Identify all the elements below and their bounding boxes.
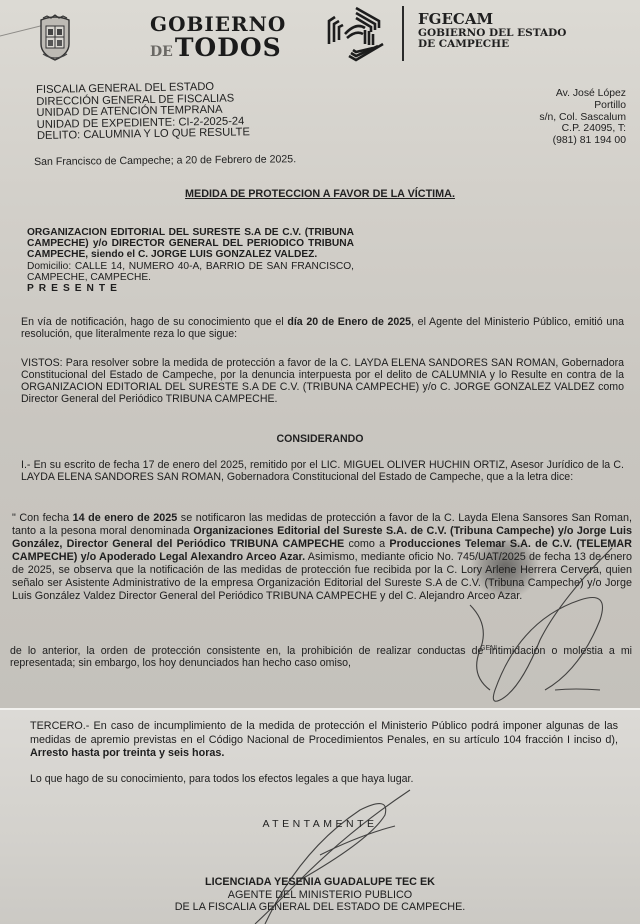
- notification-paragraph: En vía de notificación, hago de su conoc…: [21, 317, 624, 341]
- presente-label: PRESENTE: [27, 283, 354, 294]
- gobierno-de-todos-logo: GOBIERNO DETODOS: [150, 14, 286, 60]
- recipient-block: ORGANIZACION EDITORIAL DEL SURESTE S.A D…: [27, 227, 354, 294]
- office-address: Av. José López Portillo s/n, Col. Sascal…: [539, 88, 626, 147]
- tercero-paragraph: TERCERO.- En caso de incumplimiento de l…: [30, 720, 618, 761]
- document-date: San Francisco de Campeche; a 20 de Febre…: [34, 153, 296, 168]
- fgecam-hexagon-icon: [325, 4, 387, 66]
- address-line: Portillo: [539, 100, 626, 112]
- phone-number: (981) 81 194 00: [539, 135, 626, 147]
- address-line: Av. José López: [539, 88, 626, 100]
- document-page-top: GOBIERNO DETODOS FGECAM GOBIERNO DEL EST…: [0, 0, 640, 708]
- signer-block: LICENCIADA YESENIA GUADALUPE TEC EK AGEN…: [0, 876, 640, 914]
- considerando-i-paragraph: I.- En su escrito de fecha 17 de enero d…: [21, 460, 624, 484]
- closing-paragraph: Lo que hago de su conocimiento, para tod…: [30, 774, 618, 786]
- vistos-paragraph: VISTOS: Para resolver sobre la medida de…: [21, 358, 624, 406]
- signer-role: AGENTE DEL MINISTERIO PUBLICO: [0, 889, 640, 902]
- document-page-bottom: TERCERO.- En caso de incumplimiento de l…: [0, 708, 640, 924]
- fgecam-logo-text: FGECAM GOBIERNO DEL ESTADO DE CAMPECHE: [418, 12, 566, 50]
- logo-prefix: DE: [150, 44, 173, 60]
- logo-main: TODOS: [175, 33, 282, 62]
- atentamente-label: ATENTAMENTE: [0, 818, 640, 830]
- office-header-block: FISCALIA GENERAL DEL ESTADO DIRECCIÓN GE…: [36, 81, 250, 142]
- considerando-heading: CONSIDERANDO: [0, 433, 640, 445]
- address-line: s/n, Col. Sascalum: [539, 112, 626, 124]
- anterior-paragraph: de lo anterior, la orden de protección c…: [10, 646, 632, 670]
- quoted-paragraph: " Con fecha 14 de enero de 2025 se notif…: [12, 512, 632, 603]
- coat-of-arms-icon: [37, 14, 73, 62]
- signer-office: DE LA FISCALIA GENERAL DEL ESTADO DE CAM…: [0, 901, 640, 914]
- address-line: C.P. 24095, T:: [539, 123, 626, 135]
- domicilio-value: CALLE 14, NUMERO 40-A, BARRIO DE SAN FRA…: [27, 261, 354, 283]
- offense-line: DELITO: CALUMNIA Y LO QUE RESULTE: [37, 127, 250, 142]
- recipient-name: ORGANIZACION EDITORIAL DEL SURESTE S.A D…: [27, 227, 354, 261]
- domicilio-label: Domicilio:: [27, 261, 71, 272]
- signer-name: LICENCIADA YESENIA GUADALUPE TEC EK: [0, 876, 640, 889]
- logo-line1: GOBIERNO: [150, 14, 286, 34]
- logo-separator: [402, 6, 404, 61]
- fgecam-line3: DE CAMPECHE: [418, 39, 566, 50]
- fgecam-acronym: FGECAM: [418, 12, 566, 28]
- document-title: MEDIDA DE PROTECCION A FAVOR DE LA VÍCTI…: [0, 188, 640, 200]
